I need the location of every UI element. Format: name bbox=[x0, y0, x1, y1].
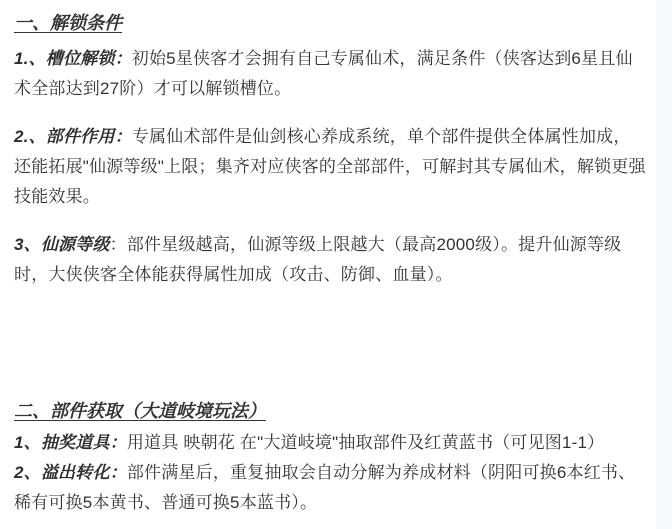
paragraph: 1、抽奖道具：用道具 映朝花 在"大道岐境"抽取部件及红黄蓝书（可见图1-1） bbox=[14, 428, 646, 458]
paragraph: 2.、部件作用：专属仙术部件是仙剑核心养成系统，单个部件提供全体属性加成，还能拓… bbox=[14, 122, 646, 212]
paragraph-body: 用道具 映朝花 在"大道岐境"抽取部件及红黄蓝书（可见图1-1） bbox=[127, 433, 605, 452]
document-page: 一、解锁条件 1.、槽位解锁：初始5星侠客才会拥有自己专属仙术，满足条件（侠客达… bbox=[0, 0, 672, 518]
paragraph-lead: 2.、部件作用： bbox=[14, 127, 132, 146]
paragraph-lead: 1、抽奖道具： bbox=[14, 433, 127, 452]
section-heading: 一、解锁条件 bbox=[14, 10, 646, 36]
paragraph-lead: 1.、槽位解锁： bbox=[14, 49, 132, 68]
section-unlock-conditions: 一、解锁条件 1.、槽位解锁：初始5星侠客才会拥有自己专属仙术，满足条件（侠客达… bbox=[14, 10, 646, 290]
paragraph: 1.、槽位解锁：初始5星侠客才会拥有自己专属仙术，满足条件（侠客达到6星且仙术全… bbox=[14, 44, 646, 104]
paragraph: 3、仙源等级：部件星级越高，仙源等级上限越大（最高2000级）。提升仙源等级时，… bbox=[14, 230, 646, 290]
section-component-acquisition: 二、部件获取（大道岐境玩法） 1、抽奖道具：用道具 映朝花 在"大道岐境"抽取部… bbox=[14, 398, 646, 518]
paragraph-lead: 3、仙源等级 bbox=[14, 235, 110, 254]
section-heading: 二、部件获取（大道岐境玩法） bbox=[14, 398, 646, 424]
paragraph-lead: 2、溢出转化： bbox=[14, 463, 127, 482]
paragraph: 2、溢出转化：部件满星后，重复抽取会自动分解为养成材料（阴阳可换6本红书、稀有可… bbox=[14, 458, 646, 518]
